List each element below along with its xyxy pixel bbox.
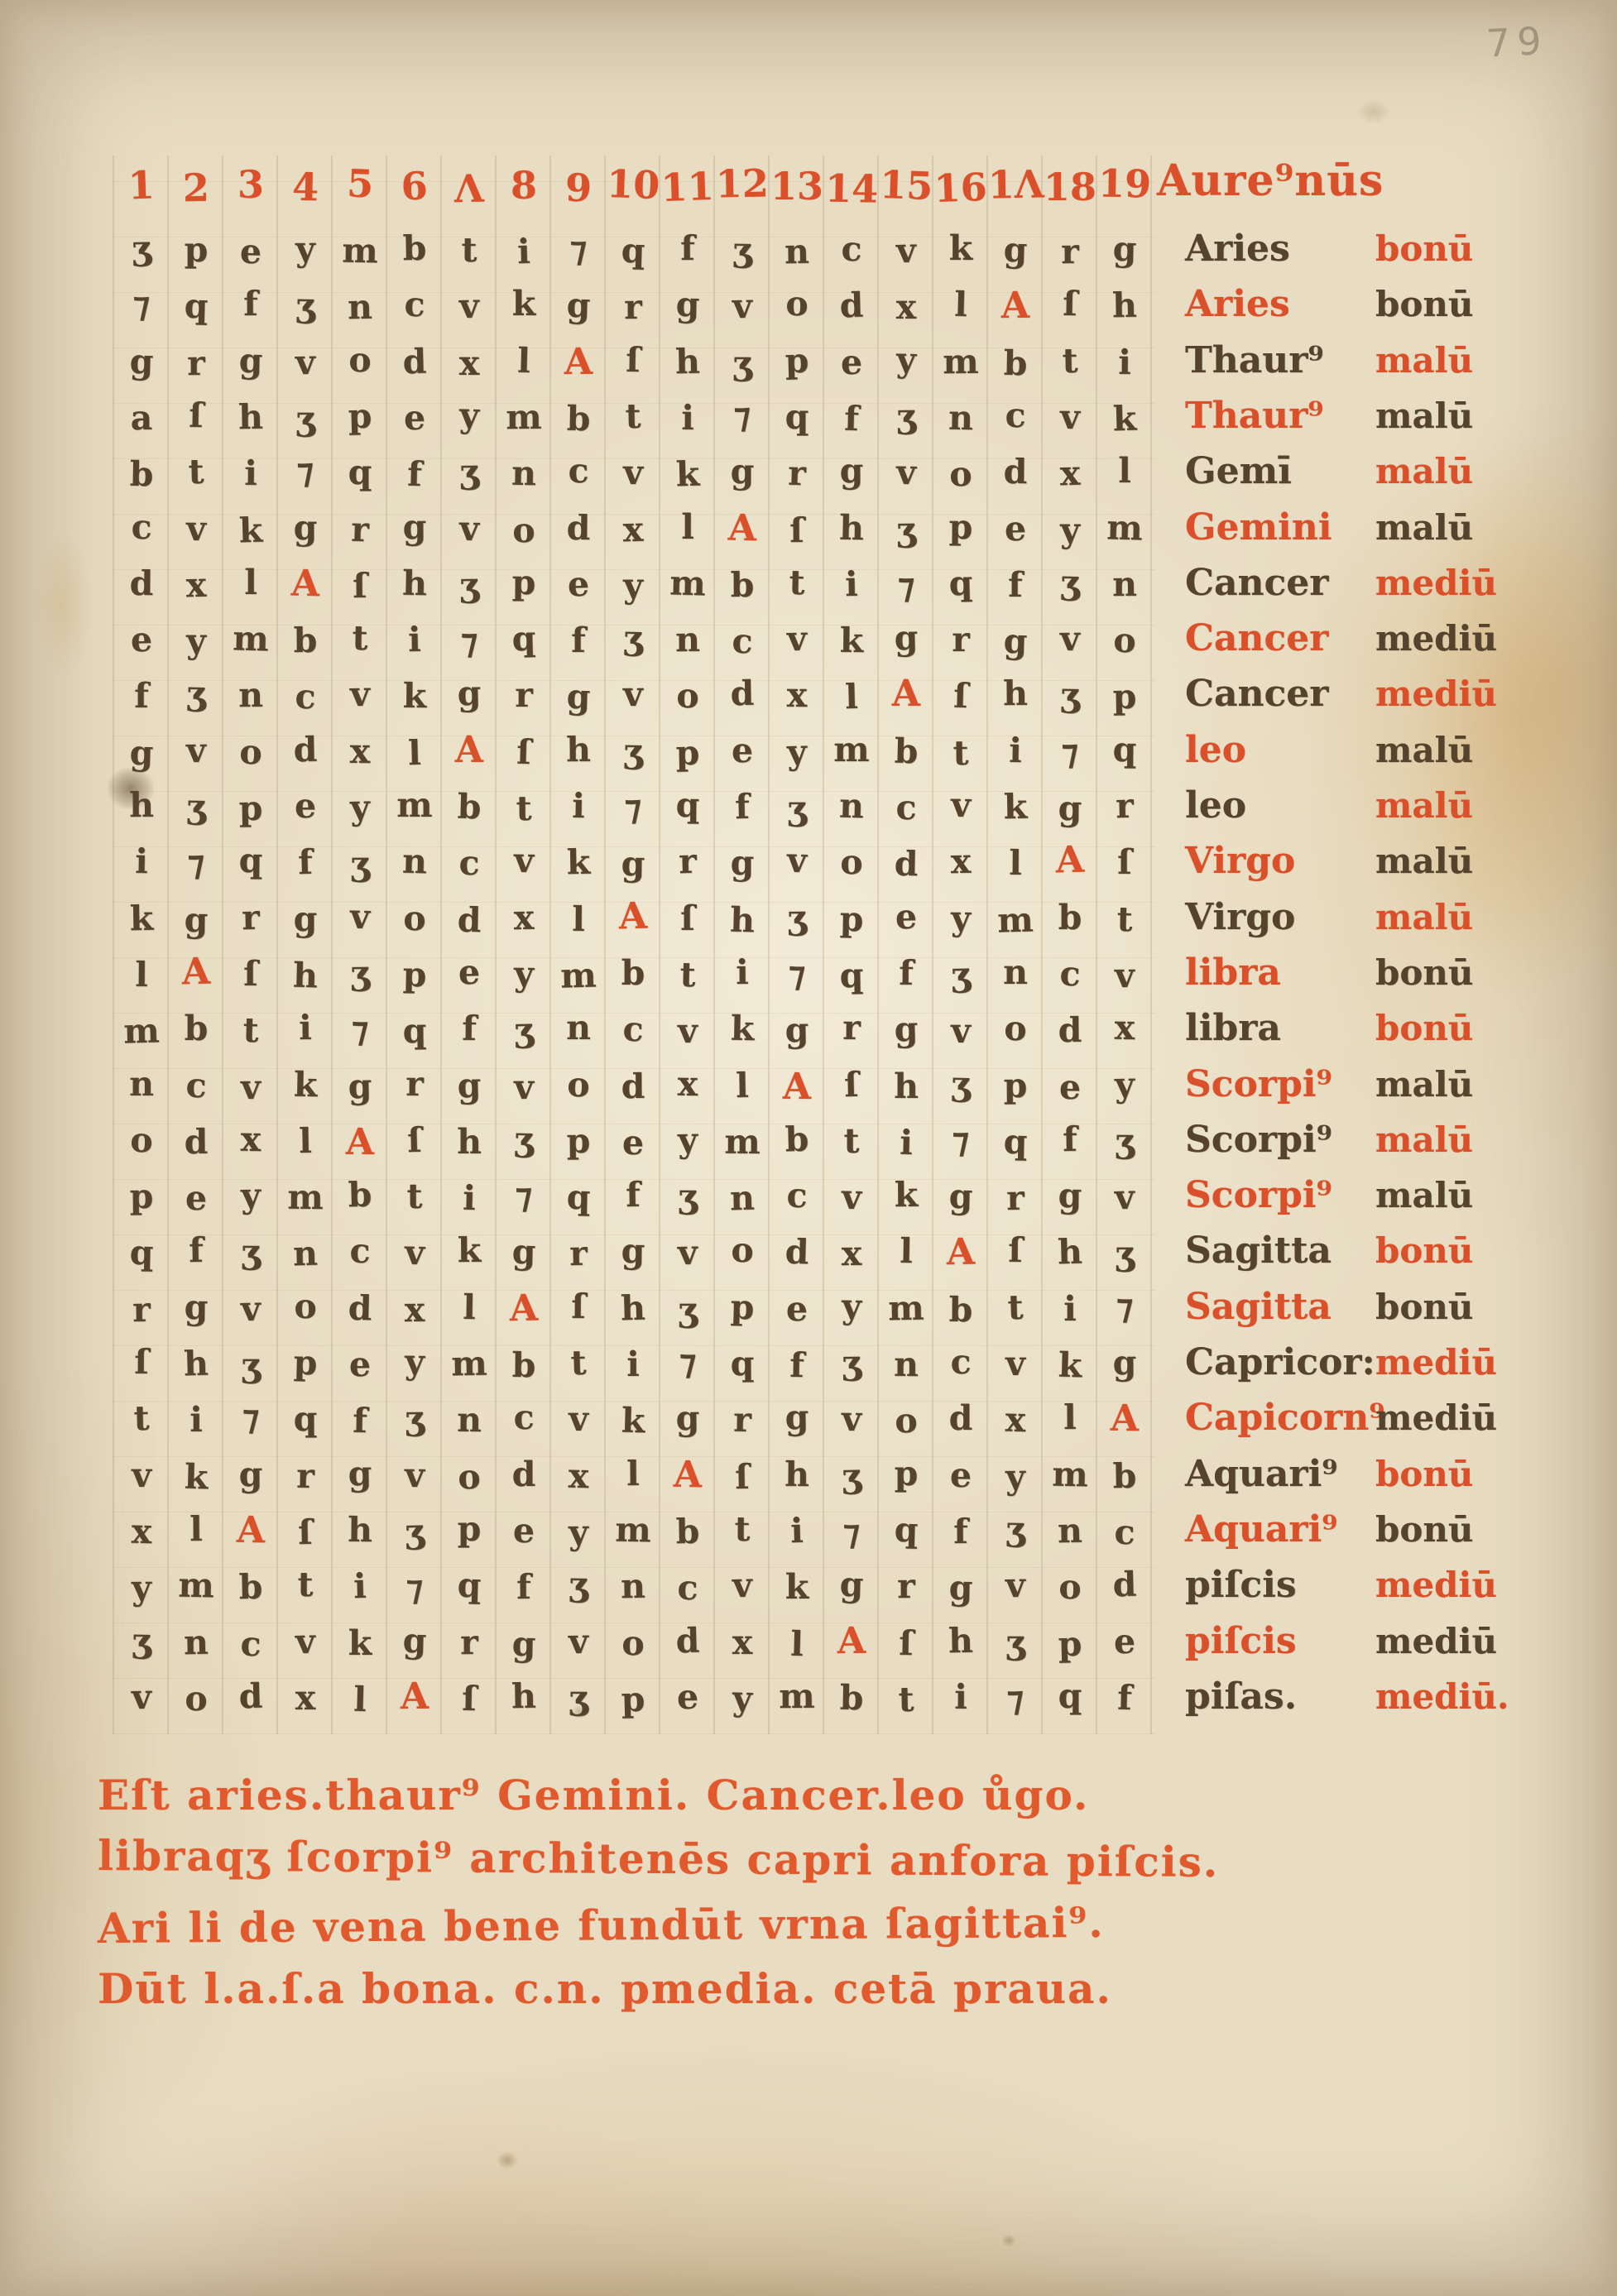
grid-letter: i: [386, 613, 442, 670]
grid-letter: q: [823, 948, 879, 1005]
grid-letter: g: [223, 1447, 279, 1504]
table-row: ti⁊qfʒncvkgrgvodxlACapicorn⁹mediū: [114, 1392, 1617, 1449]
grid-letter: l: [551, 892, 607, 949]
grid-letter: c: [605, 1002, 661, 1060]
grid-letter: d: [988, 445, 1044, 502]
grid-letter: h: [660, 334, 715, 391]
grid-letter: i: [441, 1171, 497, 1229]
grid-letter: ʒ: [278, 392, 333, 449]
grid-letter: f: [277, 835, 333, 893]
grid-letter: x: [223, 1112, 278, 1169]
golden-number: 2: [168, 165, 223, 223]
grid-letter: v: [933, 1004, 988, 1061]
grid-letter: ʒ: [113, 221, 170, 279]
grid-letter: d: [769, 1225, 825, 1283]
grid-letter: k: [987, 779, 1043, 836]
grid-letter: f: [497, 1560, 552, 1618]
grid-letter: r: [606, 280, 661, 338]
golden-number: 6: [386, 163, 443, 223]
grid-letter: o: [824, 836, 880, 893]
grid-letter: ſ: [168, 388, 223, 445]
grid-letter: d: [277, 722, 333, 779]
grid-letter: k: [442, 1224, 497, 1281]
parchment-speck: [1001, 2234, 1016, 2247]
grid-letter: y: [497, 947, 552, 1004]
grid-letter: i: [715, 946, 770, 1003]
grid-letter: b: [550, 391, 606, 448]
rubricated-letter-a: A: [933, 1226, 988, 1283]
grid-letter: q: [550, 1171, 606, 1228]
grid-letter: r: [169, 336, 224, 393]
grid-letter: b: [769, 1112, 825, 1170]
quality-label: bonū: [1375, 1225, 1617, 1282]
zodiac-sign-label: piſas.: [1185, 1671, 1369, 1728]
grid-letter: k: [333, 1617, 387, 1673]
grid-letter: c: [660, 1561, 716, 1618]
grid-letter: d: [933, 1392, 988, 1448]
grid-letter: ſ: [660, 892, 715, 948]
grid-letter: r: [769, 446, 825, 504]
grid-letter: ſ: [878, 1616, 933, 1673]
grid-letter: e: [770, 1282, 825, 1339]
grid-letter: q: [878, 1503, 934, 1560]
table-row: mbti⁊qfʒncvkgrgvodxlibrabonū: [114, 1003, 1617, 1059]
grid-letter: l: [1043, 1391, 1098, 1448]
grid-letter: ʒ: [1042, 555, 1098, 613]
grid-letter: g: [1096, 222, 1152, 279]
grid-letter: h: [1096, 279, 1152, 336]
grid-letter: q: [660, 779, 716, 836]
grid-letter: i: [169, 1393, 223, 1450]
grid-letter: d: [1043, 1004, 1098, 1061]
grid-letter: k: [223, 503, 279, 561]
grid-letter: b: [169, 1002, 223, 1058]
grid-letter: g: [933, 1561, 988, 1618]
grid-letter: b: [606, 947, 660, 1003]
grid-letter: b: [1096, 1449, 1152, 1506]
grid-letter: m: [933, 334, 989, 391]
table-row: qfʒncvkgrgvodxlAſhʒSagittabonū: [114, 1225, 1617, 1282]
grid-letter: e: [168, 1172, 223, 1229]
grid-letter: d: [660, 1613, 716, 1671]
grid-letter: v: [1043, 391, 1098, 448]
grid-letter: d: [114, 557, 170, 614]
table-row: lAſhʒpeymbti⁊qfʒncvlibrabonū: [114, 947, 1617, 1004]
zodiac-sign-label: leo: [1185, 780, 1369, 836]
grid-letter: ſ: [277, 1505, 333, 1562]
grid-letter: i: [332, 1559, 388, 1617]
grid-letter: v: [169, 501, 224, 558]
grid-letter: v: [606, 446, 661, 503]
grid-letter: ⁊: [605, 780, 660, 837]
grid-letter: g: [987, 614, 1044, 672]
grid-letter: n: [605, 1560, 660, 1617]
grid-letter: g: [278, 893, 333, 949]
grid-letter: h: [879, 1060, 933, 1116]
grid-letter: f: [223, 277, 279, 334]
grid-letter: i: [1043, 1282, 1097, 1339]
grid-letter: ⁊: [332, 1003, 387, 1060]
grid-letter: d: [332, 1281, 388, 1339]
table-row: cvkgrgvodxlAſhʒpeymGeminimalū: [114, 502, 1617, 558]
grid-letter: ⁊: [1096, 1279, 1153, 1337]
grid-letter: d: [223, 1669, 279, 1727]
zodiac-sign-label: Virgo: [1185, 892, 1369, 948]
zodiac-sign-label: Scorpi⁹: [1185, 1114, 1369, 1171]
table-row: vodxlAſhʒpeymbti⁊qfpiſas.mediū.: [114, 1671, 1617, 1728]
grid-letter: o: [715, 1224, 770, 1280]
grid-letter: f: [823, 391, 880, 449]
grid-letter: v: [824, 1392, 880, 1450]
grid-letter: l: [933, 277, 989, 335]
verse-line: libraqʒ ſcorpi⁹ architenēs capri anfora …: [98, 1831, 1504, 1901]
grid-letter: n: [223, 669, 279, 726]
zodiac-sign-label: piſcis: [1185, 1616, 1369, 1672]
grid-letter: v: [606, 668, 661, 725]
grid-letter: n: [496, 447, 551, 504]
grid-letter: q: [1043, 1670, 1097, 1726]
quality-label: bonū: [1375, 1449, 1617, 1505]
grid-letter: o: [113, 1113, 170, 1171]
grid-letter: r: [987, 1172, 1043, 1229]
grid-letter: g: [223, 333, 278, 391]
grid-letter: q: [1097, 722, 1153, 779]
grid-letter: v: [496, 834, 551, 891]
grid-letter: e: [878, 889, 933, 947]
grid-letter: y: [223, 1169, 278, 1226]
grid-letter: d: [551, 501, 607, 558]
grid-letter: p: [660, 726, 715, 783]
grid-letter: g: [496, 1225, 551, 1282]
grid-letter: ⁊: [497, 1169, 552, 1226]
grid-letter: x: [824, 1227, 880, 1284]
grid-letter: q: [333, 446, 387, 502]
grid-letter: p: [1096, 670, 1152, 727]
rubricated-letter-a: A: [605, 889, 661, 947]
grid-letter: l: [823, 670, 880, 728]
grid-letter: b: [933, 1282, 989, 1340]
grid-letter: v: [551, 1392, 606, 1449]
grid-letter: r: [113, 1282, 169, 1340]
parchment-speck: [1357, 99, 1390, 124]
zodiac-sign-label: Sagitta: [1185, 1282, 1369, 1338]
verse-line: Eſt aries.thaur⁹ Gemini. Cancer.leo ůgo.: [98, 1771, 1504, 1832]
grid-letter: g: [715, 445, 770, 501]
grid-letter: v: [332, 889, 388, 947]
grid-letter: ʒ: [988, 1615, 1044, 1672]
grid-letter: p: [442, 1503, 497, 1559]
grid-letter: a: [114, 391, 170, 448]
manuscript-page: 79 123456Λ89101112131415161Λ1819 Aure⁹nū…: [0, 0, 1617, 2296]
grid-letter: l: [769, 1617, 825, 1675]
grid-letter: x: [1096, 1001, 1152, 1058]
grid-letter: ſ: [823, 1057, 880, 1115]
table-row: eymbti⁊qfʒncvkgrgvoCancermediū: [114, 613, 1617, 669]
table-row: ſhʒpeymbti⁊qfʒncvkgCapricor:mediū: [114, 1337, 1617, 1393]
grid-letter: g: [550, 670, 607, 728]
quality-label: malū: [1375, 391, 1617, 447]
grid-letter: t: [824, 1114, 879, 1171]
grid-letter: g: [660, 278, 715, 335]
grid-letter: i: [223, 447, 279, 504]
grid-letter: v: [823, 1170, 880, 1228]
grid-letter: l: [660, 501, 715, 557]
quality-label: malū: [1375, 1170, 1617, 1226]
grid-letter: ʒ: [770, 782, 824, 838]
grid-letter: r: [223, 890, 279, 948]
grid-letter: v: [223, 1060, 279, 1117]
grid-letter: l: [277, 1114, 333, 1171]
grid-letter: e: [550, 557, 607, 615]
grid-letter: m: [332, 223, 387, 280]
grid-letter: d: [714, 667, 770, 724]
grid-letter: n: [660, 613, 716, 670]
grid-letter: ʒ: [823, 1449, 880, 1507]
rubricated-letter-a: A: [442, 724, 497, 780]
grid-letter: b: [823, 1670, 879, 1728]
grid-letter: i: [113, 835, 169, 892]
grid-letter: o: [878, 1393, 934, 1451]
grid-letter: t: [278, 1558, 333, 1615]
zodiac-sign-label: libra: [1185, 1003, 1369, 1059]
zodiac-sign-label: Gemī: [1185, 446, 1369, 502]
rubricated-letter-a: A: [223, 1503, 278, 1560]
quality-label: bonū: [1375, 1504, 1617, 1560]
grid-letter: o: [333, 333, 388, 390]
grid-letter: t: [1042, 333, 1097, 391]
quality-label: bonū: [1375, 223, 1617, 280]
parchment-stain: [33, 530, 91, 678]
grid-letter: r: [387, 1057, 443, 1114]
grid-letter: h: [605, 1281, 661, 1339]
grid-letter: ſ: [770, 503, 825, 560]
golden-number: 4: [277, 164, 333, 223]
grid-letter: g: [441, 667, 497, 725]
grid-letter: i: [769, 1503, 825, 1561]
header-title-aureus-numerus: Aure⁹nūs: [1157, 156, 1521, 206]
grid-letter: p: [605, 1672, 661, 1730]
grid-letter: c: [496, 1390, 552, 1448]
grid-letter: c: [879, 781, 934, 838]
grid-letter: ⁊: [660, 1335, 716, 1392]
zodiac-sign-label: Capicorn⁹: [1185, 1392, 1369, 1449]
grid-letter: ſ: [551, 1279, 607, 1336]
grid-letter: i: [550, 779, 606, 836]
grid-letter: t: [878, 1672, 933, 1729]
grid-letter: d: [1096, 1557, 1153, 1615]
grid-letter: ʒ: [442, 445, 497, 502]
grid-letter: q: [168, 279, 224, 337]
grid-letter: y: [660, 1113, 715, 1170]
table-row: odxlAſhʒpeymbti⁊qfʒScorpi⁹malū: [114, 1114, 1617, 1171]
grid-letter: ʒ: [113, 1613, 169, 1670]
grid-letter: q: [113, 1226, 169, 1283]
grid-letter: v: [660, 1226, 716, 1284]
grid-letter: x: [933, 835, 988, 892]
grid-letter: ⁊: [114, 278, 169, 334]
grid-letter: o: [933, 448, 988, 505]
grid-letter: k: [168, 1450, 224, 1507]
grid-letter: v: [223, 1282, 279, 1340]
grid-letter: m: [497, 391, 552, 448]
grid-letter: g: [606, 1225, 661, 1282]
grid-letter: ⁊: [824, 1506, 879, 1562]
grid-letter: k: [933, 222, 988, 278]
grid-letter: q: [223, 834, 279, 891]
grid-letter: v: [714, 280, 770, 337]
grid-letter: ſ: [223, 947, 278, 1004]
grid-letter: v: [769, 833, 825, 891]
grid-letter: f: [442, 1002, 497, 1059]
zodiac-sign-label: Cancer: [1185, 669, 1369, 725]
rubricated-letter-a: A: [551, 335, 607, 392]
grid-letter: v: [660, 1004, 716, 1062]
grid-letter: v: [1097, 949, 1153, 1006]
grid-letter: e: [660, 1670, 715, 1727]
grid-letter: r: [714, 1393, 770, 1450]
grid-letter: r: [277, 1449, 333, 1506]
grid-letter: i: [606, 1338, 660, 1394]
golden-number: Λ: [441, 165, 497, 224]
grid-letter: e: [113, 612, 170, 670]
grid-letter: c: [933, 1335, 989, 1392]
golden-number: 15: [878, 162, 934, 222]
quality-label: mediū: [1375, 613, 1617, 669]
grid-letter: ʒ: [386, 1392, 442, 1449]
grid-letter: m: [824, 723, 879, 779]
grid-letter: ſ: [933, 669, 989, 727]
grid-letter: g: [1043, 782, 1098, 839]
grid-letter: g: [386, 1613, 443, 1671]
quality-label: mediū: [1375, 1616, 1617, 1672]
grid-letter: d: [441, 893, 497, 950]
grid-letter: g: [387, 500, 443, 557]
grid-letter: ʒ: [277, 279, 333, 336]
grid-letter: g: [769, 1004, 824, 1061]
grid-letter: i: [823, 557, 879, 614]
grid-letter: y: [1096, 1057, 1152, 1114]
zodiac-sign-label: Scorpi⁹: [1185, 1059, 1369, 1115]
grid-letter: ʒ: [333, 947, 388, 1004]
zodiac-sign-label: Thaur⁹: [1185, 391, 1369, 447]
table-row: peymbti⁊qfʒncvkgrgvScorpi⁹malū: [114, 1170, 1617, 1226]
grid-letter: l: [386, 726, 443, 784]
zodiac-sign-label: Gemini: [1185, 502, 1369, 558]
grid-letter: g: [606, 837, 661, 894]
grid-letter: ʒ: [496, 1112, 552, 1170]
grid-letter: l: [606, 1446, 661, 1503]
grid-letter: n: [168, 1615, 223, 1672]
grid-letter: t: [497, 782, 552, 839]
grid-letter: c: [223, 1617, 279, 1674]
grid-letter: ſ: [496, 725, 552, 783]
golden-number: 18: [1043, 165, 1097, 223]
grid-letter: t: [332, 611, 387, 669]
table-row: ʒncvkgrgvodxlAſhʒpepiſcismediū: [114, 1616, 1617, 1672]
grid-letter: l: [878, 1225, 933, 1282]
grid-letter: x: [605, 502, 661, 560]
grid-letter: m: [987, 893, 1044, 951]
grid-letter: n: [442, 1393, 497, 1450]
rubricated-letter-a: A: [879, 668, 933, 724]
grid-letter: h: [114, 779, 170, 836]
grid-letter: k: [113, 891, 169, 948]
grid-letter: l: [441, 1280, 497, 1337]
grid-letter: o: [496, 503, 551, 560]
rubricated-letter-a: A: [824, 1614, 880, 1671]
quality-label: mediū: [1375, 1560, 1617, 1616]
grid-letter: f: [933, 1505, 989, 1562]
grid-letter: r: [879, 1560, 934, 1617]
grid-letter: ⁊: [168, 836, 223, 894]
grid-letter: v: [878, 446, 933, 503]
zodiac-sign-label: Virgo: [1185, 836, 1369, 892]
zodiac-sign-label: Cancer: [1185, 558, 1369, 614]
grid-letter: n: [114, 1057, 169, 1114]
grid-letter: r: [933, 613, 988, 669]
grid-letter: i: [1097, 335, 1153, 392]
grid-letter: f: [168, 1224, 223, 1281]
grid-letter: ⁊: [442, 615, 497, 672]
grid-letter: o: [278, 1280, 333, 1336]
grid-letter: x: [879, 280, 933, 337]
grid-letter: y: [551, 1506, 607, 1563]
grid-letter: ⁊: [879, 559, 934, 616]
grid-letter: v: [550, 1614, 606, 1671]
rubricated-letter-a: A: [660, 1448, 715, 1505]
zodiac-sign-label: Sagitta: [1185, 1225, 1369, 1282]
grid-letter: t: [769, 555, 824, 612]
zodiac-sign-label: Scorpi⁹: [1185, 1170, 1369, 1226]
grid-letter: m: [770, 1670, 825, 1727]
grid-letter: c: [277, 670, 333, 727]
grid-letter: x: [770, 669, 825, 726]
grid-letter: m: [1096, 501, 1153, 558]
grid-letter: ʒ: [333, 837, 387, 894]
grid-letter: ʒ: [660, 1170, 716, 1227]
table-row: ymbti⁊qfʒncvkgrgvodpiſcismediū: [114, 1560, 1617, 1616]
grid-letter: i: [278, 1001, 333, 1058]
grid-letter: p: [114, 1170, 170, 1227]
grid-letter: v: [878, 223, 934, 281]
grid-letter: c: [442, 836, 497, 894]
table-row: hʒpeymbti⁊qfʒncvkgrleomalū: [114, 780, 1617, 836]
quality-label: malū: [1375, 335, 1617, 391]
grid-letter: x: [1042, 446, 1098, 504]
grid-letter: c: [387, 278, 443, 335]
grid-letter: n: [769, 224, 824, 281]
table-row: vkgrgvodxlAſhʒpeymbAquari⁹bonū: [114, 1449, 1617, 1505]
grid-letter: m: [168, 1559, 223, 1616]
grid-letter: ⁊: [1042, 725, 1097, 782]
grid-letter: ſ: [441, 1671, 497, 1728]
grid-letter: p: [551, 1114, 607, 1172]
grid-letter: t: [715, 1503, 770, 1560]
grid-letter: ʒ: [660, 1283, 715, 1340]
grid-letter: ſ: [386, 1113, 443, 1171]
grid-letter: p: [497, 556, 552, 613]
grid-letter: ʒ: [168, 779, 223, 836]
grid-letter: q: [770, 391, 824, 447]
grid-letter: v: [441, 501, 497, 558]
grid-letter: k: [770, 1560, 824, 1617]
grid-letter: g: [824, 444, 880, 501]
grid-letter: t: [442, 223, 497, 280]
grid-letter: c: [987, 388, 1043, 445]
grid-letter: c: [1042, 947, 1098, 1004]
grid-letter: h: [386, 556, 442, 613]
grid-letter: p: [879, 1447, 933, 1503]
